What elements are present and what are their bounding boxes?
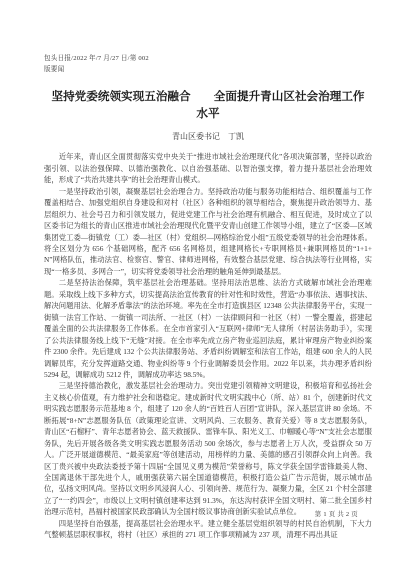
article-paragraph: 近年来，青山区全面贯彻落实党中央关于“推进市域社会治理现代化”各项决策部署，坚持…: [44, 151, 372, 185]
page-number-footer: 第 1 页 共 2 页: [315, 509, 358, 518]
newspaper-source-line: 包头日报/2022 年/7 月/27 日/第 002: [44, 54, 372, 65]
article-byline: 青山区委书记 丁凯: [44, 131, 372, 142]
article-paragraph: 三是坚持德治教化，激发基层社会治理动力。突出党建引领精神文明建设，积极培育和弘扬…: [44, 380, 372, 517]
newspaper-article-page: 包头日报/2022 年/7 月/27 日/第 002 版要闻 坚持党委统领实现五…: [0, 0, 410, 580]
article-paragraph: 一是坚持政治引领，凝聚基层社会治理合力。坚持政治功能与服务功能相结合、组织覆盖与…: [44, 186, 372, 278]
newspaper-meta: 包头日报/2022 年/7 月/27 日/第 002 版要闻: [44, 54, 372, 76]
article-paragraph: 四是坚持自治强基，提高基层社会治理水平。建立健全基层党组织领导的村民自治机制，下…: [44, 518, 372, 541]
article-body: 近年来，青山区全面贯彻落实党中央关于“推进市域社会治理现代化”各项决策部署，坚持…: [44, 151, 372, 540]
article-paragraph: 二是坚持法治保障，筑牢基层社会治理基础。坚持用法治思维、法治方式破解市域社会治理…: [44, 277, 372, 380]
newspaper-section-line: 版要闻: [44, 65, 372, 76]
article-title: 坚持党委统领实现五治融合 全面提升青山区社会治理工作水平: [50, 89, 366, 123]
